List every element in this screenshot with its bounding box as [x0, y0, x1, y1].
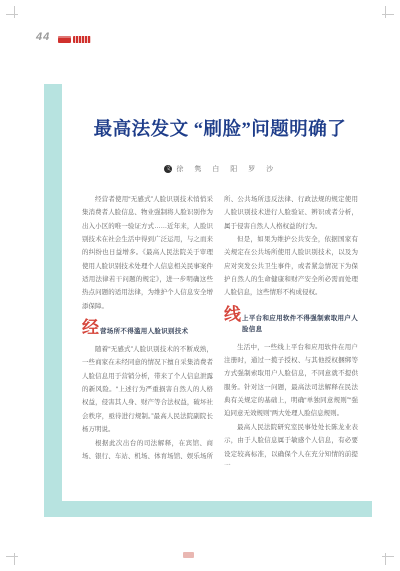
paragraph: 生活中，一些线上平台和应用软件在用户注册时，通过一揽子授权、与其他授权捆绑等方式…	[224, 341, 358, 421]
section-heading: 线上平台和应用软件不得强制索取用户人脸信息	[224, 306, 358, 335]
article-title: 最高法发文 “刷脸”问题明确了	[70, 118, 370, 142]
masthead-logo-text-icon	[73, 36, 91, 43]
crop-mark-top-right-h	[382, 14, 394, 15]
teal-bottom-bar	[44, 501, 372, 517]
paragraph: 随着“无感式”人脸识别技术的不断成熟，一些商家在未经同意的情况下擅自采集消费者人…	[82, 343, 213, 436]
crop-mark-bottom-right-v	[385, 553, 386, 565]
crop-mark-top-left-v	[14, 6, 15, 18]
byline-author-icon: 文	[164, 165, 172, 173]
byline-authors: 徐 隽 白 阳 罗 沙	[176, 164, 275, 174]
section-heading: 经营场所不得滥用人脸识别技术	[82, 319, 213, 337]
paragraph: 根据此次出台的司法解释，在宾馆、商场、银行、车站、机场、体育场馆、娱乐场所等经营…	[82, 437, 213, 466]
page-number: 44	[36, 31, 50, 43]
magazine-page: 44 最高法发文 “刷脸”问题明确了 文 徐 隽 白 阳 罗 沙 经营者使用“无…	[0, 0, 400, 571]
section-heading-lead-character: 经	[82, 319, 99, 337]
teal-sidebar	[44, 84, 62, 517]
paragraph: 经营者使用“无感式”人脸识别技术悄悄采集消费者人脸信息、物业强制将人脸识别作为出…	[82, 193, 213, 313]
paragraph: 最高人民法院研究室民事处处长陈龙业表示，由于人脸信息属于敏感个人信息，有必要设定…	[224, 421, 358, 465]
byline: 文 徐 隽 白 阳 罗 沙	[82, 164, 358, 174]
crop-mark-bottom-left-v	[14, 553, 15, 565]
crop-mark-bottom-left-h	[6, 556, 18, 557]
column-left: 经营者使用“无感式”人脸识别技术悄悄采集消费者人脸信息、物业强制将人脸识别作为出…	[82, 193, 213, 465]
crop-mark-top-right-v	[385, 6, 386, 18]
section-heading-lead-character: 线	[224, 306, 241, 324]
crop-mark-bottom-right-h	[382, 556, 394, 557]
column-right: 所、公共场所违反法律、行政法规的规定使用人脸识别技术进行人脸验证、辨识或者分析，…	[224, 193, 358, 465]
footer-mark	[183, 552, 194, 558]
masthead-logo	[58, 36, 91, 43]
section-heading-text: 上平台和应用软件不得强制索取用户人脸信息	[242, 313, 358, 335]
section-heading-text: 营场所不得滥用人脸识别技术	[100, 326, 213, 337]
paragraph: 但是，如果为维护公共安全，依据国家有关规定在公共场所使用人脸识别技术，以及为应对…	[224, 233, 358, 300]
masthead-logo-block-icon	[58, 36, 71, 43]
paragraph: 所、公共场所违反法律、行政法规的规定使用人脸识别技术进行人脸验证、辨识或者分析，…	[224, 193, 358, 233]
crop-mark-top-left-h	[6, 14, 18, 15]
